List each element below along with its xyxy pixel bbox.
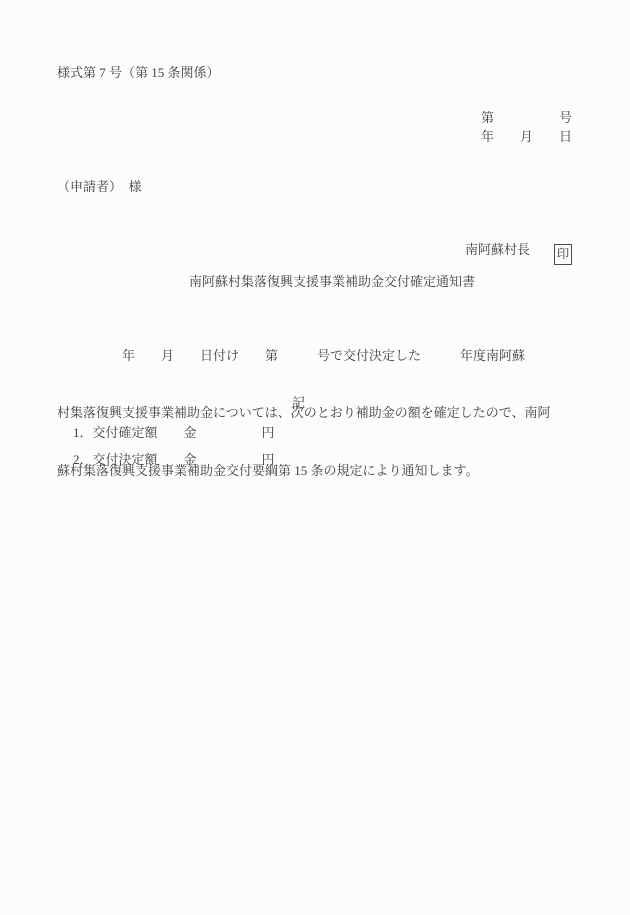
section-mark-ki: 記: [292, 393, 305, 412]
document-page: 様式第 7 号（第 15 条関係） 第 号 年 月 日 （申請者） 様 南阿蘇村…: [0, 0, 630, 915]
body-line: 村集落復興支援事業補助金については、次のとおり補助金の額を確定したので、南阿: [57, 403, 585, 422]
recipient-line: （申請者） 様: [57, 177, 142, 196]
body-paragraph: 年 月 日付け 第 号で交付決定した 年度南阿蘇 村集落復興支援事業補助金につい…: [57, 308, 585, 518]
signer-name: 南阿蘇村長: [465, 242, 530, 257]
date-line: 年 月 日: [481, 127, 572, 146]
document-number-line: 第 号: [481, 108, 572, 127]
body-line: 年 月 日付け 第 号で交付決定した 年度南阿蘇: [57, 346, 585, 365]
seal-box: 印: [554, 244, 572, 265]
list-item-decided-amount: 2．交付決定額 金 円: [73, 450, 275, 469]
document-title: 南阿蘇村集落復興支援事業補助金交付確定通知書: [189, 272, 475, 291]
list-item-confirmed-amount: 1．交付確定額 金 円: [73, 423, 275, 442]
form-number-note: 様式第 7 号（第 15 条関係）: [57, 63, 220, 82]
